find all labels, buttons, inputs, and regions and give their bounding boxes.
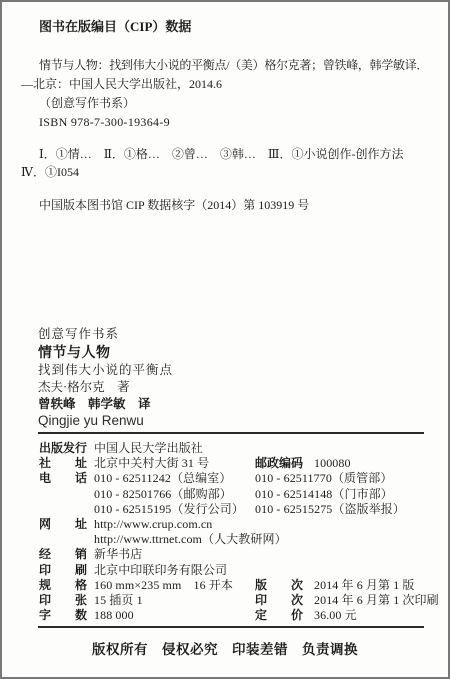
cip-record-number: 中国版本图书馆 CIP 数据核字（2014）第 103919 号	[39, 196, 448, 214]
table-row: 网 址http://www.crup.com.cn	[2, 517, 448, 532]
pub-right-value: 2014 年 6 月第 1 版	[314, 578, 415, 592]
book-author: 杰夫·格尔克 著	[38, 379, 448, 396]
table-row: 字 数188 000 定 价36.00 元	[2, 608, 448, 623]
pub-right-value: 36.00 元	[314, 608, 357, 622]
table-row: http://www.ttrnet.com（人大教研网）	[2, 532, 448, 547]
pub-right-column: 定 价36.00 元	[255, 608, 357, 623]
pub-value: 160 mm×235 mm 16 开本	[94, 578, 233, 592]
pub-value: 188 000	[94, 608, 134, 622]
pub-right-label: 邮政编码	[255, 456, 314, 471]
cip-series-note: （创意写作书系）	[39, 94, 448, 113]
pub-right-label: 定 价	[255, 608, 314, 623]
book-pinyin-title: Qingjie yu Renwu	[38, 412, 448, 429]
pub-right-value: 010 - 62511770（质管部）	[255, 471, 392, 485]
publication-table: 出版发行中国人民大学出版社 社 址北京中关村大街 31 号 邮政编码100080…	[2, 441, 448, 623]
pub-value: http://www.crup.com.cn	[94, 517, 212, 531]
pub-right-column: 邮政编码100080	[255, 456, 351, 471]
pub-value: 中国人民大学出版社	[94, 441, 203, 455]
cip-classification-line1: Ⅰ．①情… Ⅱ．①格… ②曾… ③韩… Ⅲ．①小说创作-创作方法	[39, 145, 448, 163]
copyright-page: 图书在版编目（CIP）数据 情节与人物：找到伟大小说的平衡点/（美）格尔克著；曾…	[0, 0, 450, 679]
pub-label: 社 址	[39, 456, 94, 471]
pub-label: 出版发行	[39, 441, 94, 456]
pub-right-column: 010 - 62511770（质管部）	[255, 471, 392, 486]
book-info-block: 创意写作书系 情节与人物 找到伟大小说的平衡点 杰夫·格尔克 著 曾轶峰 韩学敏…	[38, 325, 448, 429]
pub-right-value: 2014 年 6 月第 1 次印刷	[314, 593, 439, 607]
table-row: 印 张15 插页 1 印 次2014 年 6 月第 1 次印刷	[2, 593, 448, 608]
pub-value: 010 - 62511242（总编室）	[94, 471, 231, 485]
pub-value: 010 - 82501766（邮购部）	[94, 487, 232, 501]
pub-right-column: 010 - 62515275（盗版举报）	[255, 502, 405, 517]
pub-right-value: 100080	[314, 456, 351, 470]
pub-value: http://www.ttrnet.com（人大教研网）	[94, 532, 287, 546]
pub-right-value: 010 - 62514148（门市部）	[255, 487, 393, 501]
book-title: 情节与人物	[38, 343, 448, 361]
pub-label: 字 数	[39, 608, 94, 623]
pub-right-column: 版 次2014 年 6 月第 1 版	[255, 578, 415, 593]
cip-isbn: ISBN 978-7-300-19364-9	[39, 113, 448, 132]
table-row: 出版发行中国人民大学出版社	[2, 441, 448, 456]
cip-classification-line2: Ⅳ．①I054	[21, 163, 448, 181]
book-translators: 曾轶峰 韩学敏 译	[38, 396, 448, 412]
pub-value: 新华书店	[94, 547, 142, 561]
pub-right-label: 版 次	[255, 578, 314, 593]
table-row: 电 话010 - 62511242（总编室） 010 - 62511770（质管…	[2, 471, 448, 486]
pub-right-value: 010 - 62515275（盗版举报）	[255, 502, 405, 516]
table-row: 印 刷北京中印联印务有限公司	[2, 563, 448, 578]
table-row: 经 销新华书店	[2, 547, 448, 562]
pub-value: 15 插页 1	[94, 593, 143, 607]
pub-value: 010 - 62515195（发行公司）	[94, 502, 244, 516]
pub-label: 印 刷	[39, 563, 94, 578]
table-row: 社 址北京中关村大街 31 号 邮政编码100080	[2, 456, 448, 471]
pub-label: 规 格	[39, 578, 94, 593]
cip-entry-line2: —北京：中国人民大学出版社，2014.6	[21, 75, 448, 94]
cip-heading: 图书在版编目（CIP）数据	[39, 19, 448, 35]
table-row: 010 - 62515195（发行公司） 010 - 62515275（盗版举报…	[2, 502, 448, 517]
cip-entry-line1: 情节与人物：找到伟大小说的平衡点/（美）格尔克著；曾铁峰，韩学敏译．	[39, 56, 448, 75]
pub-value: 北京中印联印务有限公司	[94, 563, 227, 577]
pub-label: 经 销	[39, 547, 94, 562]
pub-right-label: 印 次	[255, 593, 314, 608]
book-series: 创意写作书系	[38, 325, 448, 343]
pub-label: 网 址	[39, 517, 94, 532]
divider-rule-bottom	[38, 626, 424, 628]
book-subtitle: 找到伟大小说的平衡点	[38, 361, 448, 379]
pub-label: 电 话	[39, 471, 94, 486]
table-row: 规 格160 mm×235 mm 16 开本 版 次2014 年 6 月第 1 …	[2, 578, 448, 593]
pub-right-column: 010 - 62514148（门市部）	[255, 487, 393, 502]
table-row: 010 - 82501766（邮购部） 010 - 62514148（门市部）	[2, 487, 448, 502]
pub-right-column: 印 次2014 年 6 月第 1 次印刷	[255, 593, 439, 608]
divider-rule-top	[38, 432, 424, 434]
pub-value: 北京中关村大街 31 号	[94, 456, 209, 470]
copyright-notice: 版权所有 侵权必究 印装差错 负责调换	[2, 638, 448, 658]
pub-label: 印 张	[39, 593, 94, 608]
